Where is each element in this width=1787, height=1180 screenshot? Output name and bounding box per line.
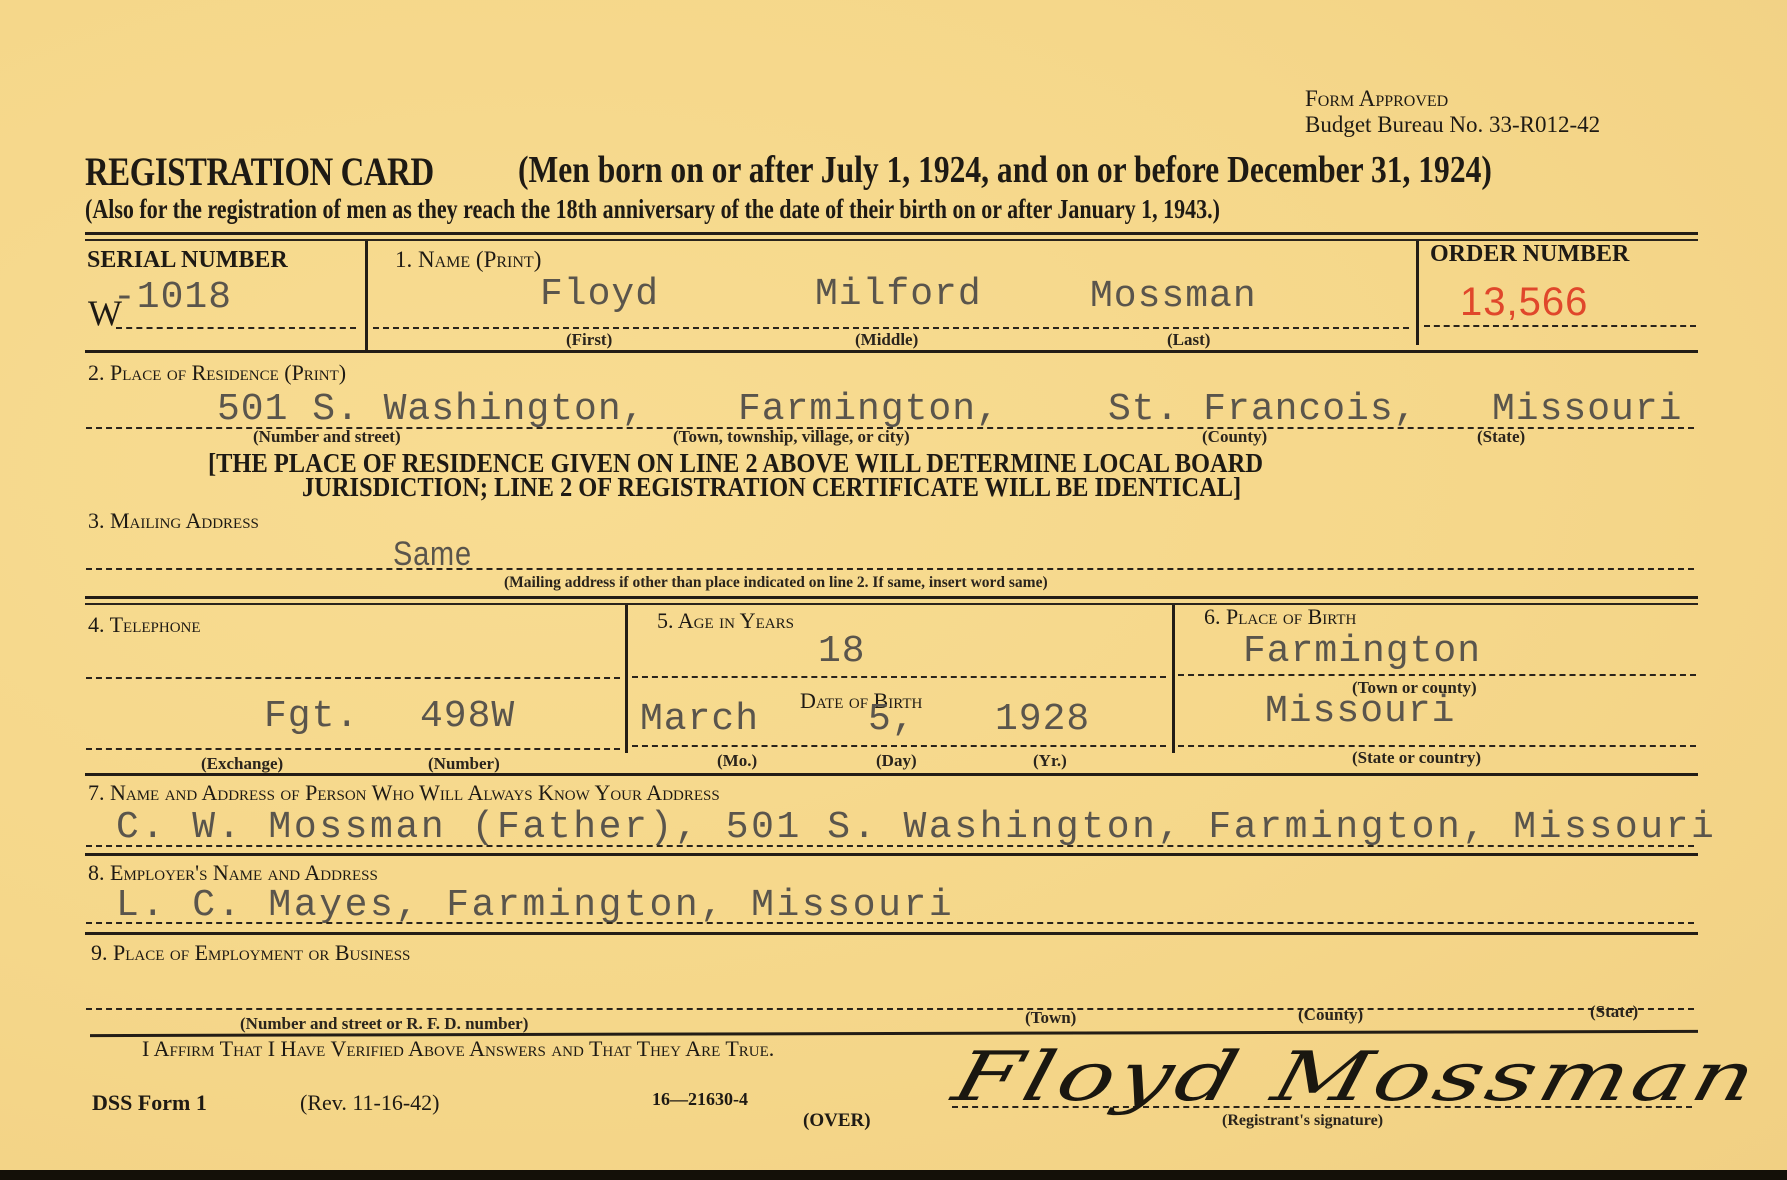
employer-label: 8. Employer's Name and Address — [88, 860, 378, 886]
contact-person-label: 7. Name and Address of Person Who Will A… — [88, 780, 720, 806]
divider — [85, 932, 1698, 935]
age-line — [632, 676, 1166, 678]
telephone-upper-line — [86, 677, 620, 679]
residence-state: Missouri — [1492, 388, 1682, 431]
telephone-number-caption: (Number) — [428, 754, 500, 774]
form-subtitle: (Also for the registration of men as the… — [85, 194, 1220, 225]
age-value: 18 — [818, 630, 866, 673]
dob-line — [632, 745, 1166, 747]
divider — [85, 603, 1698, 605]
form-title: REGISTRATION CARD — [85, 148, 434, 195]
form-revision: (Rev. 11-16-42) — [300, 1090, 440, 1116]
serial-number-value: -1018 — [113, 276, 232, 319]
residence-label: 2. Place of Residence (Print) — [88, 360, 346, 386]
registration-card: Form Approved Budget Bureau No. 33-R012-… — [0, 0, 1787, 1180]
employment-line — [86, 1008, 1694, 1010]
order-number-line — [1424, 325, 1696, 327]
divider — [625, 605, 628, 753]
residence-town: Farmington, — [738, 388, 1000, 431]
signature-caption: (Registrant's signature) — [1222, 1112, 1383, 1130]
birthplace-state-line — [1178, 745, 1696, 747]
dob-day: 5, — [868, 698, 916, 741]
telephone-label: 4. Telephone — [88, 612, 201, 638]
dob-day-caption: (Day) — [876, 751, 917, 771]
dob-month: March — [640, 698, 759, 741]
residence-state-caption: (State) — [1477, 427, 1525, 447]
birthplace-state: Missouri — [1265, 690, 1455, 733]
name-first: Floyd — [540, 273, 659, 316]
name-last-caption: (Last) — [1167, 330, 1210, 350]
employment-town-caption: (Town) — [1025, 1008, 1076, 1028]
divider — [85, 853, 1698, 856]
divider — [85, 773, 1698, 776]
dob-year: 1928 — [995, 698, 1090, 741]
affirmation-text: I Affirm That I Have Verified Above Answ… — [142, 1036, 774, 1062]
form-id: DSS Form 1 — [92, 1090, 207, 1116]
employer-value: L. C. Mayes, Farmington, Missouri — [116, 884, 954, 927]
name-first-caption: (First) — [566, 330, 612, 350]
order-number-value: 13,566 — [1460, 280, 1588, 325]
birthplace-town-line — [1178, 674, 1696, 676]
residence-street-caption: (Number and street) — [253, 427, 401, 447]
divider — [1416, 241, 1419, 345]
residence-town-caption: (Town, township, village, or city) — [673, 427, 910, 447]
form-approved-label: Form Approved — [1305, 86, 1448, 112]
employment-county-caption: (County) — [1298, 1005, 1363, 1025]
name-middle: Milford — [815, 273, 982, 316]
divider — [85, 232, 1698, 235]
registrant-signature: Floyd Mossman — [945, 1038, 1767, 1117]
over-indicator: (OVER) — [803, 1110, 871, 1132]
residence-street: 501 S. Washington, — [217, 388, 645, 431]
name-last: Mossman — [1090, 275, 1257, 318]
contact-person-line — [86, 845, 1694, 847]
telephone-exchange: Fgt. — [264, 695, 359, 738]
name-label: 1. Name (Print) — [395, 247, 541, 273]
residence-notice-line2: JURISDICTION; LINE 2 OF REGISTRATION CER… — [302, 472, 1241, 503]
budget-bureau-number: Budget Bureau No. 33-R012-42 — [1305, 112, 1600, 138]
birthplace-town: Farmington — [1243, 630, 1481, 673]
employer-line — [86, 922, 1694, 924]
telephone-lower-line — [86, 748, 620, 750]
birthplace-label: 6. Place of Birth — [1204, 604, 1356, 630]
print-code: 16—21630-4 — [652, 1089, 748, 1110]
form-title-eligibility: (Men born on or after July 1, 1924, and … — [518, 148, 1492, 192]
scan-edge — [0, 1170, 1787, 1180]
divider — [85, 596, 1698, 599]
name-middle-caption: (Middle) — [855, 330, 918, 350]
residence-county-caption: (County) — [1202, 427, 1267, 447]
name-line — [373, 327, 1409, 329]
employment-label: 9. Place of Employment or Business — [91, 940, 410, 966]
telephone-exchange-caption: (Exchange) — [201, 754, 283, 774]
divider — [1172, 605, 1175, 753]
divider — [365, 241, 368, 351]
dob-year-caption: (Yr.) — [1033, 751, 1067, 771]
order-number-label: ORDER NUMBER — [1430, 241, 1629, 268]
birthplace-state-caption: (State or country) — [1352, 748, 1481, 768]
age-label: 5. Age in Years — [657, 608, 794, 634]
serial-number-line — [116, 327, 356, 329]
mailing-address-label: 3. Mailing Address — [88, 508, 259, 534]
employment-state-caption: (State) — [1590, 1002, 1638, 1022]
employment-street-caption: (Number and street or R. F. D. number) — [240, 1014, 528, 1034]
divider — [85, 350, 1698, 353]
telephone-number: 498W — [420, 695, 515, 738]
mailing-address-line — [86, 568, 1694, 570]
dob-month-caption: (Mo.) — [717, 751, 757, 771]
contact-person-value: C. W. Mossman (Father), 501 S. Washingto… — [116, 806, 1716, 849]
serial-number-label: SERIAL NUMBER — [87, 247, 288, 274]
mailing-address-caption: (Mailing address if other than place ind… — [504, 574, 1048, 592]
residence-county: St. Francois, — [1108, 388, 1417, 431]
